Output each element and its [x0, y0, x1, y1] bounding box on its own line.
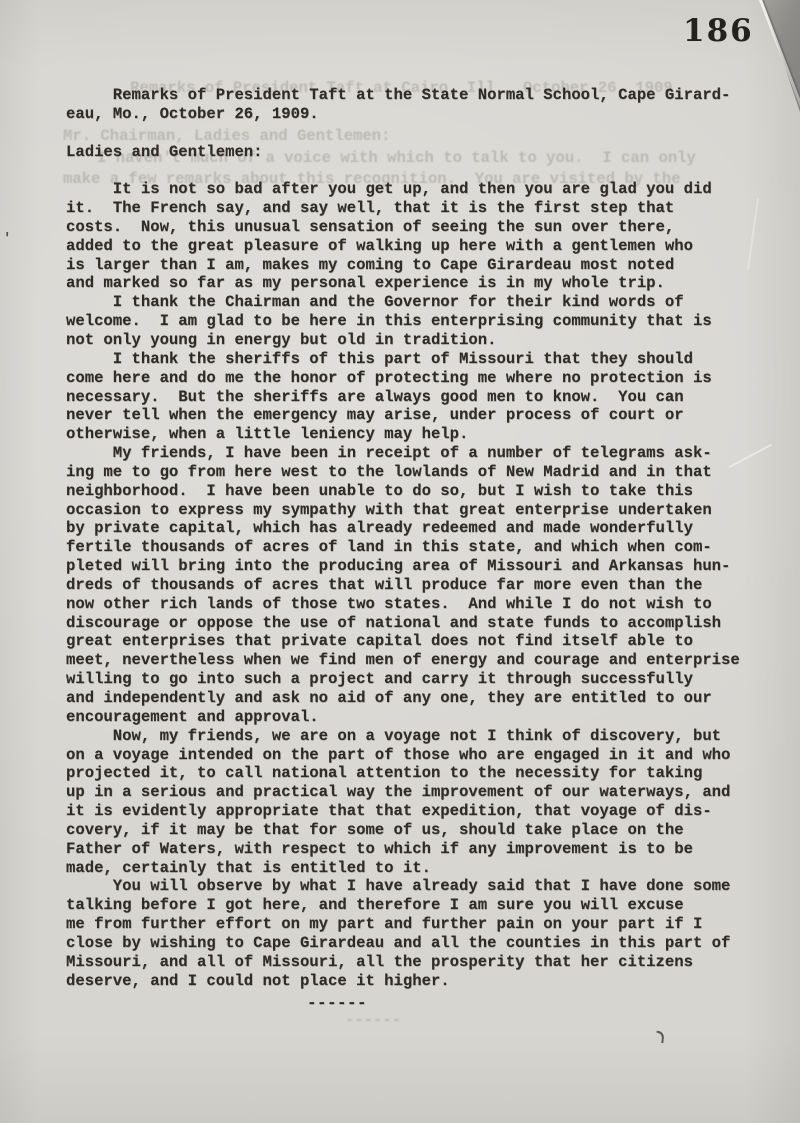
text-line: come here and do me the honor of protect…	[66, 369, 790, 388]
text-line: covery, if it may be that for some of us…	[66, 821, 790, 840]
text-line: occasion to express my sympathy with tha…	[66, 501, 790, 520]
text-line: Father of Waters, with respect to which …	[66, 840, 790, 859]
text-line: I thank the Chairman and the Governor fo…	[66, 293, 790, 312]
text-line: added to the great pleasure of walking u…	[66, 237, 790, 256]
scanned-document-page: Remarks of President Taft at Cairo, Ill.…	[0, 0, 800, 1123]
text-line: pleted will bring into the producing are…	[66, 557, 790, 576]
text-line: Missouri, and all of Missouri, all the p…	[66, 953, 790, 972]
text-line: willing to go into such a project and ca…	[66, 670, 790, 689]
ink-speck-left-margin: '	[3, 231, 11, 247]
text-line: eau, Mo., October 26, 1909.	[66, 105, 790, 124]
text-line: otherwise, when a little leniency may he…	[66, 425, 790, 444]
text-line: It is not so bad after you get up, and t…	[66, 180, 790, 199]
text-line: discourage or oppose the use of national…	[66, 614, 790, 633]
text-line: up in a serious and practical way the im…	[66, 783, 790, 802]
text-line: it. The French say, and say well, that i…	[66, 199, 790, 218]
text-line: I thank the sheriffs of this part of Mis…	[66, 350, 790, 369]
text-line: made, certainly that is entitled to it.	[66, 859, 790, 878]
text-line: welcome. I am glad to be here in this en…	[66, 312, 790, 331]
text-line: projected it, to call national attention…	[66, 764, 790, 783]
text-line: fertile thousands of acres of land in th…	[66, 538, 790, 557]
bleed-through-line: ------	[345, 1011, 401, 1030]
text-line: My friends, I have been in receipt of a …	[66, 444, 790, 463]
document-text: Remarks of President Taft at the State N…	[66, 86, 790, 991]
text-line: You will observe by what I have already …	[66, 877, 790, 896]
text-line: Ladies and Gentlemen:	[66, 143, 790, 162]
text-line: and marked so far as my personal experie…	[66, 274, 790, 293]
text-line: on a voyage intended on the part of thos…	[66, 746, 790, 765]
text-line: dreds of thousands of acres that will pr…	[66, 576, 790, 595]
text-line: is larger than I am, makes my coming to …	[66, 256, 790, 275]
text-line: deserve, and I could not place it higher…	[66, 972, 790, 991]
text-line: talking before I got here, and therefore…	[66, 896, 790, 915]
text-line: it is evidently appropriate that that ex…	[66, 802, 790, 821]
divider-dashes: ------	[307, 994, 367, 1012]
text-line: never tell when the emergency may arise,…	[66, 406, 790, 425]
text-line: necessary. But the sheriffs are always g…	[66, 388, 790, 407]
page-number: 186	[683, 13, 754, 49]
text-line: neighborhood. I have been unable to do s…	[66, 482, 790, 501]
text-line: encouragement and approval.	[66, 708, 790, 727]
text-line: not only young in energy but old in trad…	[66, 331, 790, 350]
text-line: Remarks of President Taft at the State N…	[66, 86, 790, 105]
text-line: Now, my friends, we are on a voyage not …	[66, 727, 790, 746]
text-line: now other rich lands of those two states…	[66, 595, 790, 614]
text-line: close by wishing to Cape Girardeau and a…	[66, 934, 790, 953]
text-line	[66, 124, 790, 143]
text-line	[66, 161, 790, 180]
text-line: meet, nevertheless when we find men of e…	[66, 651, 790, 670]
text-line: great enterprises that private capital d…	[66, 632, 790, 651]
text-line: me from further effort on my part and fu…	[66, 915, 790, 934]
text-line: and independently and ask no aid of any …	[66, 689, 790, 708]
text-line: ing me to go from here west to the lowla…	[66, 463, 790, 482]
text-line: costs. Now, this unusual sensation of se…	[66, 218, 790, 237]
text-line: by private capital, which has already re…	[66, 519, 790, 538]
